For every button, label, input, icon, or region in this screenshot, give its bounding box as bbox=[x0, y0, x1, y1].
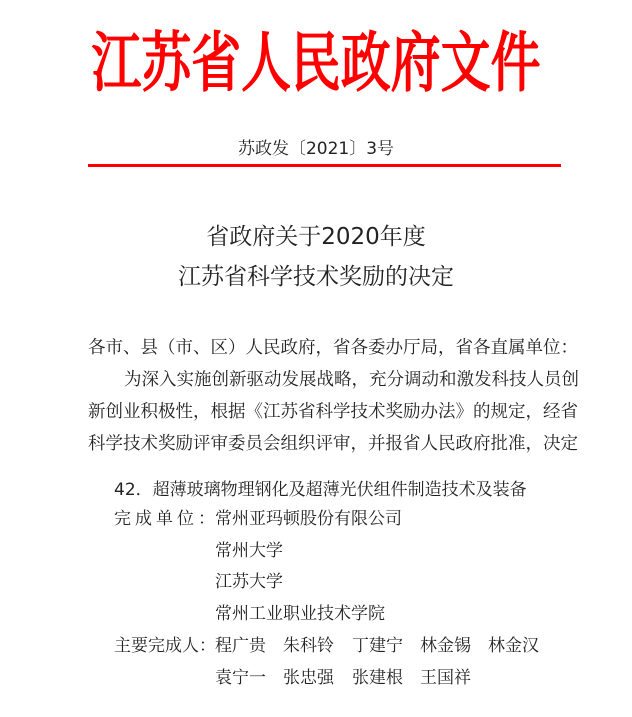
unit-name: 常州工业职业技术学院 bbox=[215, 598, 385, 630]
document-masthead: 江苏省人民政府文件 bbox=[44, 20, 588, 105]
people-label: 主要完成人： bbox=[114, 630, 216, 662]
salutation: 各市、县（市、区）人民政府，省各委办厅局，省各直属单位： bbox=[88, 332, 568, 364]
red-divider-rule bbox=[88, 164, 561, 167]
document-title-line-1: 省政府关于2020年度 bbox=[0, 222, 632, 252]
body-line: 为深入实施创新驱动发展战略，充分调动和激发科技人员创 bbox=[88, 364, 568, 396]
unit-name: 常州大学 bbox=[215, 535, 283, 567]
person-name: 张建根 bbox=[352, 662, 403, 694]
person-name: 张忠强 bbox=[283, 662, 334, 694]
award-item-title: 42．超薄玻璃物理钢化及超薄光伏组件制造技术及装备 bbox=[114, 474, 527, 506]
body-line: 科学技术奖励评审委员会组织评审，并报省人民政府批准，决定 bbox=[88, 428, 568, 460]
unit-name: 常州亚玛顿股份有限公司 bbox=[215, 503, 402, 535]
person-name: 王国祥 bbox=[420, 662, 471, 694]
document-number: 苏政发〔2021〕3号 bbox=[0, 138, 632, 160]
unit-name: 江苏大学 bbox=[215, 566, 283, 598]
person-name: 林金汉 bbox=[488, 630, 539, 662]
person-name: 林金锡 bbox=[420, 630, 471, 662]
units-label: 完成单位： bbox=[114, 503, 219, 535]
person-name: 朱科铃 bbox=[283, 630, 334, 662]
body-line: 新创业积极性，根据《江苏省科学技术奖励办法》的规定，经省 bbox=[88, 396, 568, 428]
document-title-line-2: 江苏省科学技术奖励的决定 bbox=[0, 262, 632, 292]
person-name: 袁宁一 bbox=[215, 662, 266, 694]
person-name: 丁建宁 bbox=[352, 630, 403, 662]
person-name: 程广贵 bbox=[215, 630, 266, 662]
